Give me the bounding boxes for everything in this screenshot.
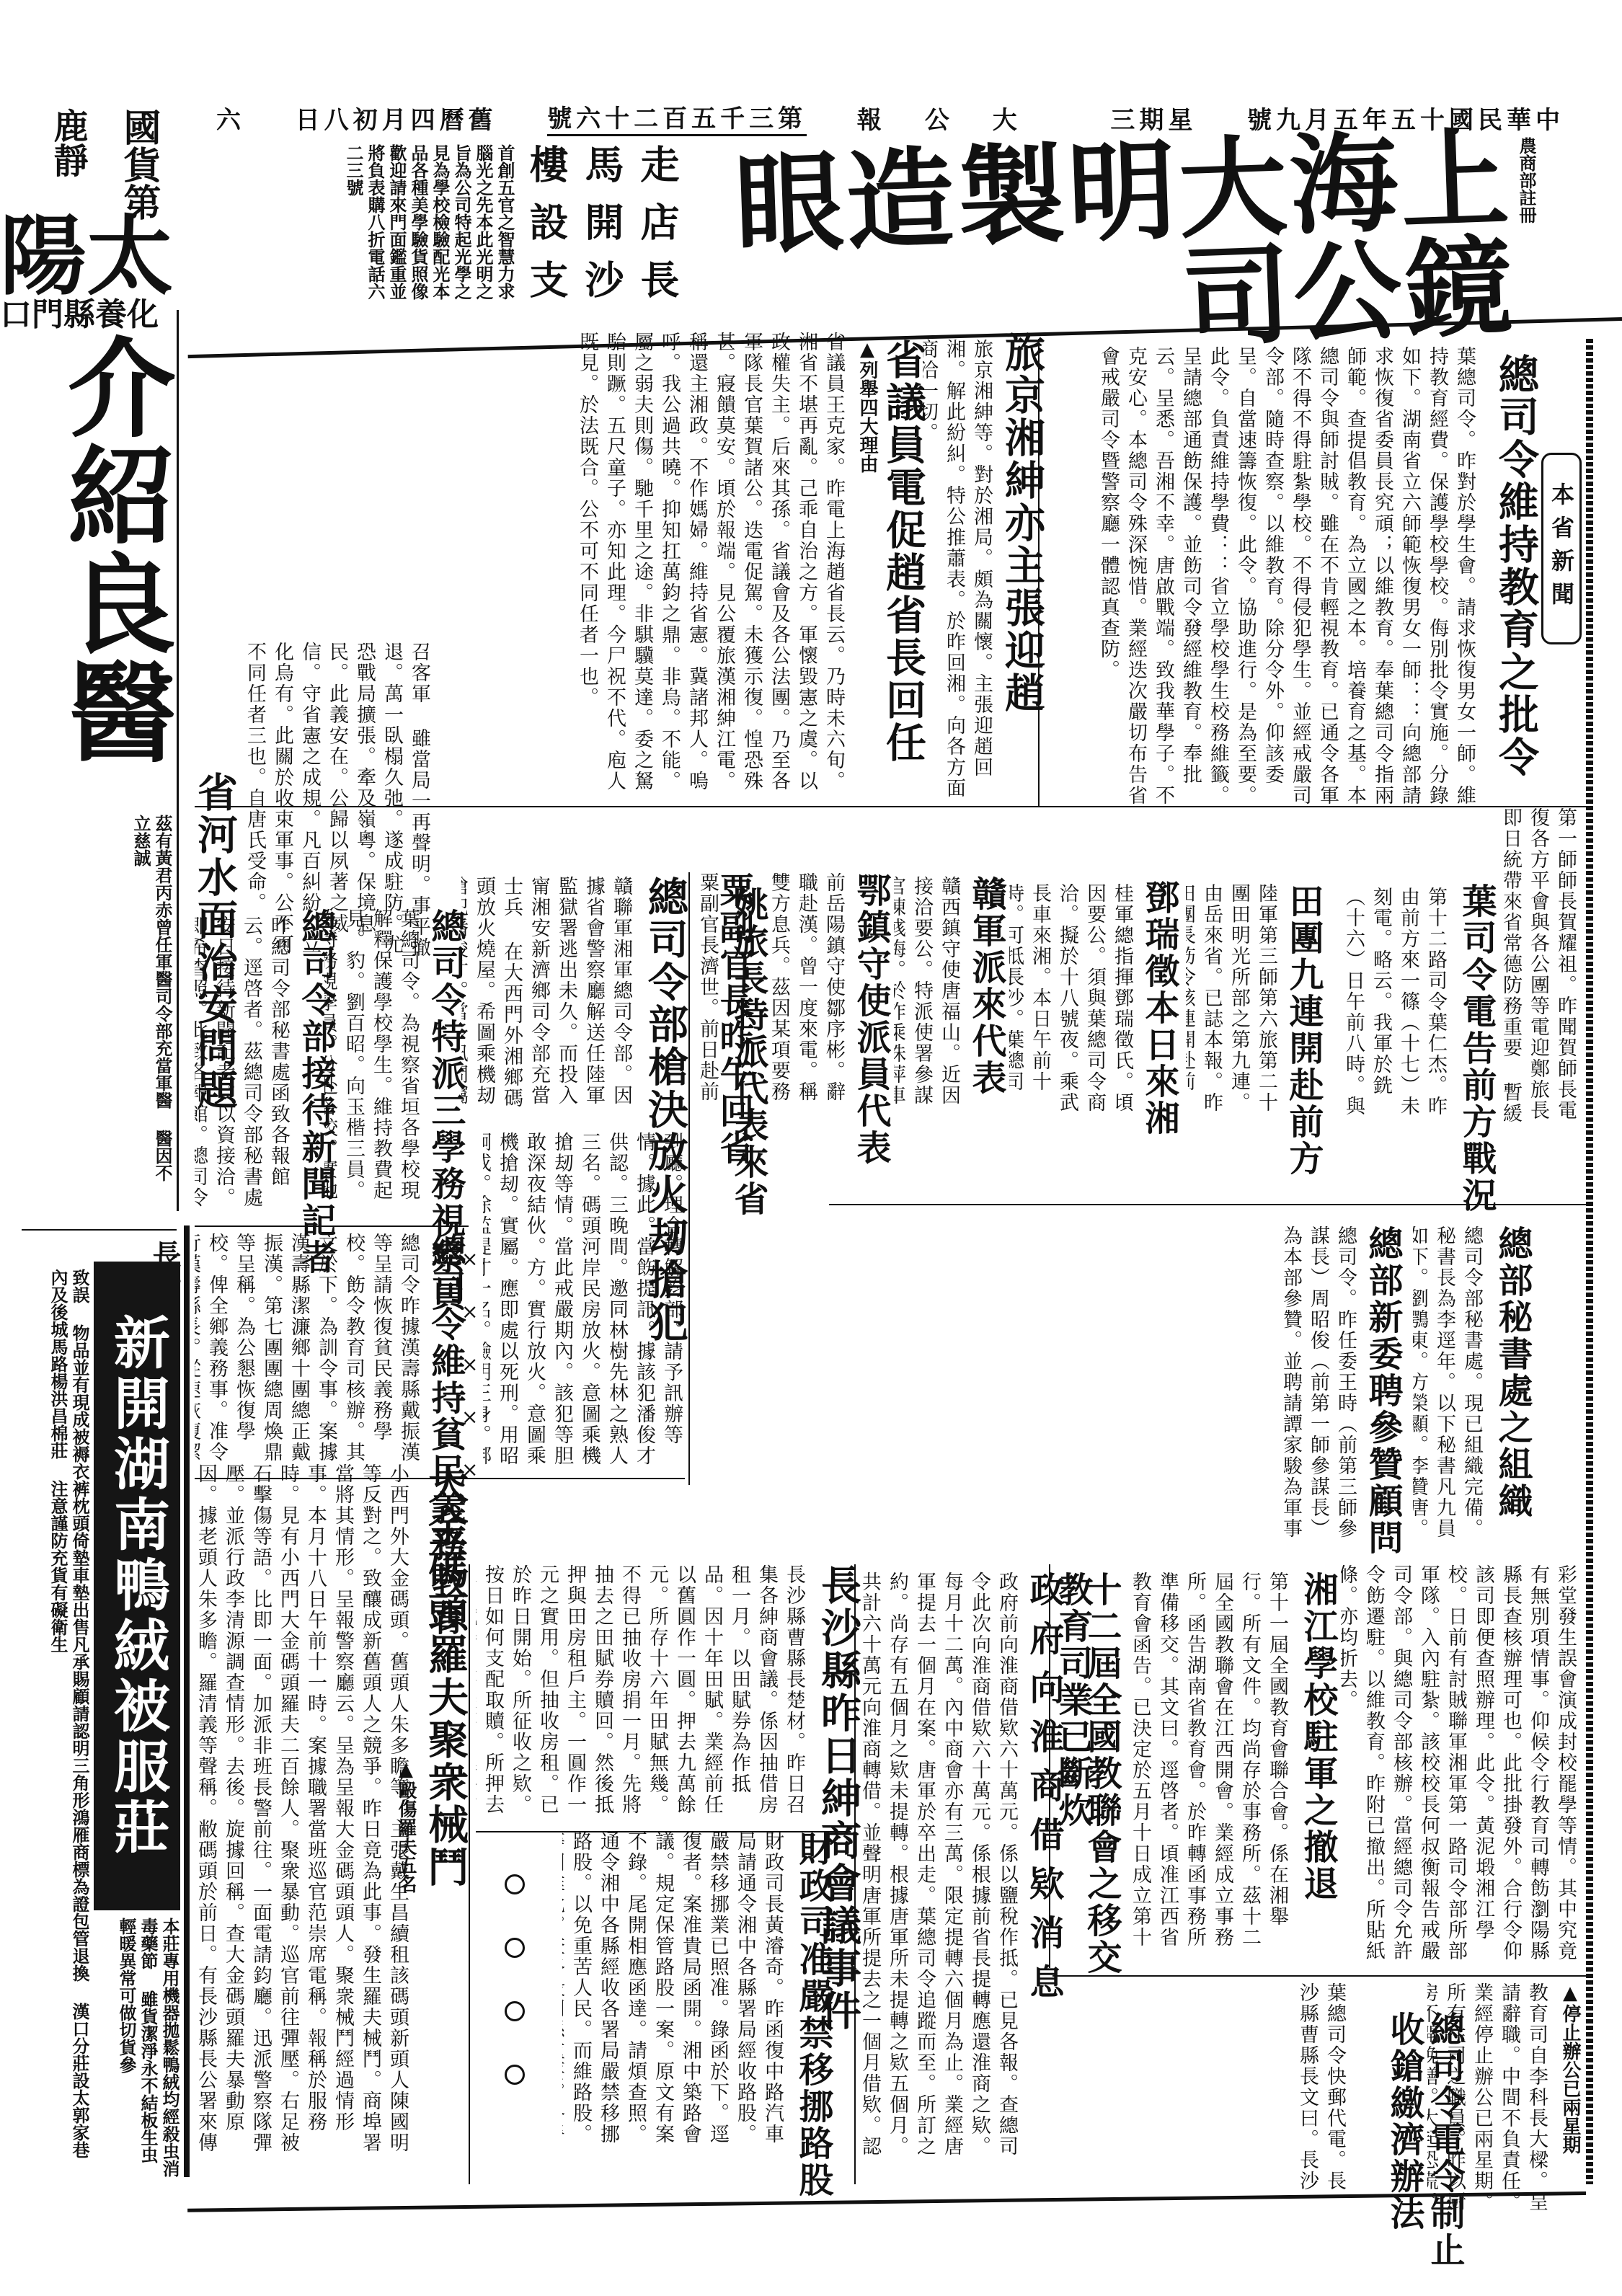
branch-ad: 長沙支 店開設 走馬樓 [519, 144, 686, 310]
section-box-label: 本省新聞 [1545, 482, 1578, 615]
left-ads-divider [177, 310, 179, 1211]
article-headline-councillor: 省議員電促趙省長回任 [879, 339, 926, 764]
taiyang-slogan: 鹿靜 [43, 108, 93, 177]
article-body-river: 葉總司令快郵代電。長沙縣曹縣長文曰。長沙 [1052, 1982, 1348, 2199]
article-body-federation: 第十一屆全國教育會聯合會。係在湘舉行。所有文件。均尚存於事務所。茲十二屆全國教聯… [1125, 1572, 1290, 1961]
article-body-su: 粟副官長濟世。前日赴前方督戰。業誌本 [692, 872, 721, 1110]
xinkai-title: 新開湖南鴨絨被服莊 [97, 1313, 177, 1858]
blank-circles [505, 1874, 525, 2085]
article-headline-ye-front: 葉司令電告前方戰況 [1456, 883, 1497, 1214]
article-body-deng: 桂軍總指揮鄧瑞徵氏。頃因要公。須與葉總司令商洽。擬於十八號夜。乘武長車來湘。本日… [1009, 883, 1135, 1121]
article-headline-advisors: 總部新委聘參贊顧問 [1362, 1225, 1403, 1556]
article-headline-reporters: 總司令部接待新聞記者 [296, 908, 336, 1276]
xinkai-divider [184, 1225, 190, 2177]
column-rule-4 [854, 1564, 856, 2184]
article-body-huai: 政府前向淮商借欵六十萬元。係以鹽稅作抵。已見各報。查總司令此次向淮商借欵六十萬元… [858, 1572, 1020, 2177]
circle-mark [505, 2001, 525, 2021]
eyewear-ad-copy: 首創五官之智慧力求腦光之先本此光明之旨為公司特起光學之見為學校檢驗配光本品各種美… [292, 144, 515, 310]
article-body-gentry: 長沙縣曹縣長楚材。昨日召集各紳商會議。係因抽借房租一月。以田賦券為作抵品。因十年… [476, 1564, 807, 1824]
article-body-tian: 陸軍第三師第六旅第二十團田明光所部之第九連。由岳來省。已誌本報。昨田團長飭令該連… [1186, 883, 1280, 1121]
masthead-paper-name: 大公報 [857, 100, 1060, 136]
article-body-cai-column: 第一師師長賀耀祖。昨聞賀師長電復各方平會與各公團等電迎鄭旅長即日統帶來省常德防務… [1499, 807, 1579, 1125]
section-box: 本省新聞 [1541, 453, 1582, 644]
article-body-wharf: 小西門外大金碼頭。舊頭人朱多瞻等。主張戴生昌續租該碼頭新頭人陳國明等反對之。致釀… [195, 1463, 411, 2170]
article-body-poor-education: 總司令昨據漢壽縣戴振漢等呈請恢復貧民義務學校。飭令教育司核辦。其文於下。為訓令事… [195, 1233, 422, 1471]
article-body-advisors: 總司令。昨任委王時（前第三師參謀長）周昭俊（前第一師參謀長）為本部參贊。並聘請譚… [1283, 1225, 1359, 1543]
xinkai-banner: 新開湖南鴨絨被服莊 [94, 1262, 180, 1910]
bottom-rule [187, 2191, 1586, 2212]
article-headline-xiangjiang: 湘江學校駐軍之撤退 [1298, 1572, 1338, 1902]
masthead-lunar-date: 舊曆四月初八日 [296, 100, 497, 136]
column-rule-3 [469, 1564, 470, 2184]
article-body-school-inspectors: 葉總司令。為視察省垣各學校現解釋保護學校學生。維持教費起見。豹。劉百昭。向玉楷三… [324, 908, 422, 1218]
article-headline-tian: 田團九連開赴前方 [1283, 883, 1324, 1177]
article-body-xiangjiang: 彩堂發生誤會演成封校罷學等情。其中究竟有無別項情事。仰候令行教育司轉飭瀏陽縣縣長… [1341, 1564, 1579, 1968]
doctor-ad-title: 介紹良醫 [58, 332, 166, 764]
xinkai-text-left: 致誤 物品並有現成被褥衣裤枕頭倚墊車墊出售凡承賜顧請認明三角形鴻雁商標為證包管退… [25, 1269, 90, 2170]
article-body-road-funds: 財政司長黃濬奇。昨函復中路汽車局請通令湘中各縣署局經收路股。嚴禁移挪業已照准。錄… [562, 1831, 786, 2163]
article-body-arson: 贛聯軍湘軍總司令部。因據省會警察廳解送任陸軍監獄署逃出未久。而投入甯湘安新濟鄉司… [461, 876, 634, 1121]
article-headline-federation: 十二屆全國教聯會之移交 [1081, 1572, 1122, 1976]
branch-line-1: 長沙支 [519, 260, 686, 310]
article-sub-councillor: ▲列舉四大理由 [854, 339, 881, 473]
circle-mark [505, 2065, 525, 2085]
masthead-issue: 第三千五百二十六號 [547, 99, 807, 136]
article-headline-hujun: 省河水面治安問題 [191, 771, 237, 1112]
registration-label: 農商部註冊 [1514, 137, 1539, 223]
article-body-gan: 贛西鎮守使唐福山。近因接洽要公。特派使署參謀官陳彧梅。於昨乘株萍車來省。當代表唐… [894, 876, 962, 1114]
article-headline-deng: 鄧瑞徵本日來湘 [1139, 879, 1179, 1137]
row-divider-3 [195, 1225, 469, 1227]
branch-line-2: 店開設 [519, 202, 686, 252]
taiyang-subline: 化養縣門口 [0, 288, 159, 334]
masthead-page: 六 [216, 100, 245, 136]
article-body-ye-front: 第十二路司令葉仁杰。昨由前方來一篠（十七）未刻電。略云。我軍於銑（十六）日午前八… [1341, 887, 1449, 1125]
column-rule-2 [688, 872, 690, 1485]
article-headline-secretariat: 總部秘書處之組織 [1492, 1225, 1533, 1520]
article-headline-education-order: 總司令維持教育之批令 [1492, 353, 1538, 779]
article-headline-e-zhenshoushi: 鄂鎮守使派員代表 [851, 872, 891, 1166]
circle-mark [505, 1938, 525, 1958]
circle-mark [505, 1874, 525, 1894]
article-body-secretariat: 總司令部秘書處。現已組織完備。秘書長為李逕年。以下秘書凡九員如下。劉鶚東。方榮顯… [1413, 1225, 1485, 1543]
xinkai-text-bottom: 本莊專用機器拋鬆鴨絨均經殺虫消毒藥節 雖貨潔淨永不結板生虫 輕暖異常可做切貨參 [94, 1918, 180, 2177]
article-notice-arson: 到廳。理合轉解鈞部。請予訊辦等情。據此。當飭提訊。據該犯潘俊才供認。三晚間。邀同… [483, 1132, 685, 1478]
row-divider-2 [195, 806, 1586, 807]
article-headline-wharf: 大金碼頭羅夫聚衆械鬥 [422, 1463, 468, 1889]
article-headline-river: 總司令電令制止收鎗繳濟辦法 [1384, 2011, 1465, 2296]
row-divider-7 [829, 1204, 1586, 1205]
article-sub-edu-cooking: ▲停止辦公已兩星期 [1557, 1982, 1584, 2154]
article-headline-jing-xiang: 旅京湘紳亦主張迎趙 [998, 332, 1045, 714]
article-body-jing-xiang: 旅京湘紳等。對於湘局。頗為關懷。主張迎趙回湘。解此紛糾。特公推蕭表。於昨回湘。向… [923, 339, 995, 800]
branch-line-3: 走馬樓 [519, 144, 686, 195]
article-headline-gan: 贛軍派來代表 [966, 876, 1006, 1096]
article-body-councillor: 省議員王克家。昨電上海趙省長云。乃時未六旬。湘省不堪再亂。己乖自治之方。軍懷毀憲… [433, 332, 847, 800]
right-page-border [1586, 339, 1593, 2184]
column-rule-5 [1049, 1564, 1050, 1968]
article-body-e-zhenshoushi: 前岳陽鎮守使鄒序彬。辭職赴漢。曾一度來電。稱雙方息兵。茲因某項要務接商。特派使署… [771, 872, 847, 1110]
article-body-education-order: 葉總司令。昨對於學生會。請求恢復男女一師。維持教育經費。保護學校學校。侮別批令實… [1045, 346, 1478, 807]
left-ads-hdivider [22, 1229, 177, 1231]
article-headline-road-funds: 財政司准嚴禁移挪路股 [793, 1831, 833, 2199]
doctor-ad-text: 茲有黃君丙赤曾任軍醫司令部充當軍醫 醫因不立慈誠 [65, 815, 173, 1189]
row-divider-6 [1052, 1975, 1586, 1977]
